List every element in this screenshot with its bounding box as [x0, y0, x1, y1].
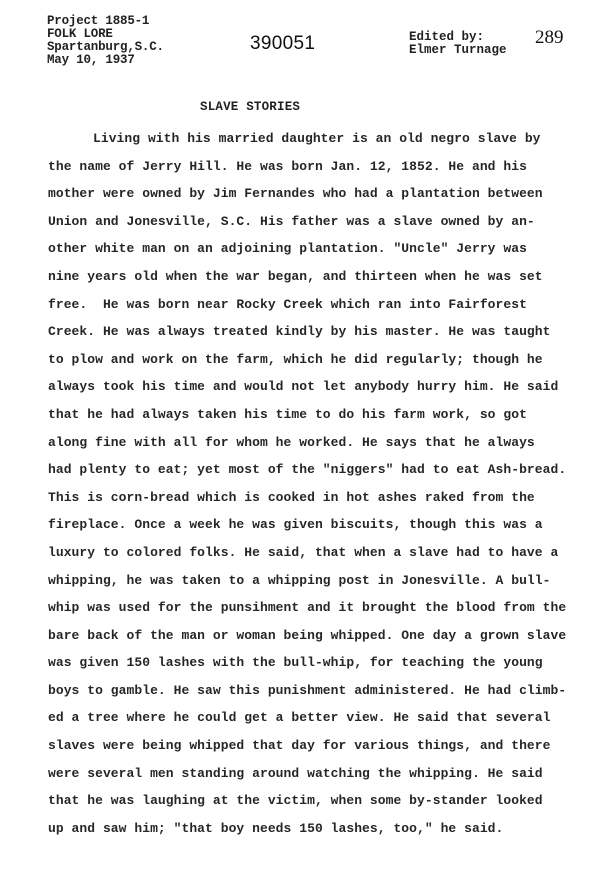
body-text: Living with his married daughter is an o… [48, 125, 598, 842]
text-line: along fine with all for whom he worked. … [48, 429, 598, 457]
text-line: ed a tree where he could get a better vi… [48, 704, 598, 732]
text-line: bare back of the man or woman being whip… [48, 622, 598, 650]
document-number: 390051 [250, 33, 315, 55]
text-line: the name of Jerry Hill. He was born Jan.… [48, 153, 598, 181]
text-line: whip was used for the punsihment and it … [48, 594, 598, 622]
text-line: boys to gamble. He saw this punishment a… [48, 677, 598, 705]
text-line: was given 150 lashes with the bull-whip,… [48, 649, 598, 677]
text-line: had plenty to eat; yet most of the "nigg… [48, 456, 598, 484]
document-title: SLAVE STORIES [200, 100, 300, 114]
text-line: whipping, he was taken to a whipping pos… [48, 567, 598, 595]
text-line: mother were owned by Jim Fernandes who h… [48, 180, 598, 208]
text-line: always took his time and would not let a… [48, 373, 598, 401]
text-line: other white man on an adjoining plantati… [48, 235, 598, 263]
text-line: Living with his married daughter is an o… [48, 125, 598, 153]
text-line: Creek. He was always treated kindly by h… [48, 318, 598, 346]
editor-name: Elmer Turnage [409, 44, 507, 57]
text-line: up and saw him; "that boy needs 150 lash… [48, 815, 598, 843]
page-number: 289 [535, 27, 564, 49]
text-line: that he was laughing at the victim, when… [48, 787, 598, 815]
text-line: fireplace. Once a week he was given bisc… [48, 511, 598, 539]
text-line: nine years old when the war began, and t… [48, 263, 598, 291]
text-line: free. He was born near Rocky Creek which… [48, 291, 598, 319]
text-line: Union and Jonesville, S.C. His father wa… [48, 208, 598, 236]
editor-block: Edited by: Elmer Turnage [409, 31, 507, 57]
text-line: to plow and work on the farm, which he d… [48, 346, 598, 374]
text-line: slaves were being whipped that day for v… [48, 732, 598, 760]
document-header-info: Project 1885-1 FOLK LORE Spartanburg,S.C… [47, 15, 164, 67]
text-line: This is corn-bread which is cooked in ho… [48, 484, 598, 512]
date: May 10, 1937 [47, 54, 164, 67]
text-line: that he had always taken his time to do … [48, 401, 598, 429]
text-line: were several men standing around watchin… [48, 760, 598, 788]
text-line: luxury to colored folks. He said, that w… [48, 539, 598, 567]
